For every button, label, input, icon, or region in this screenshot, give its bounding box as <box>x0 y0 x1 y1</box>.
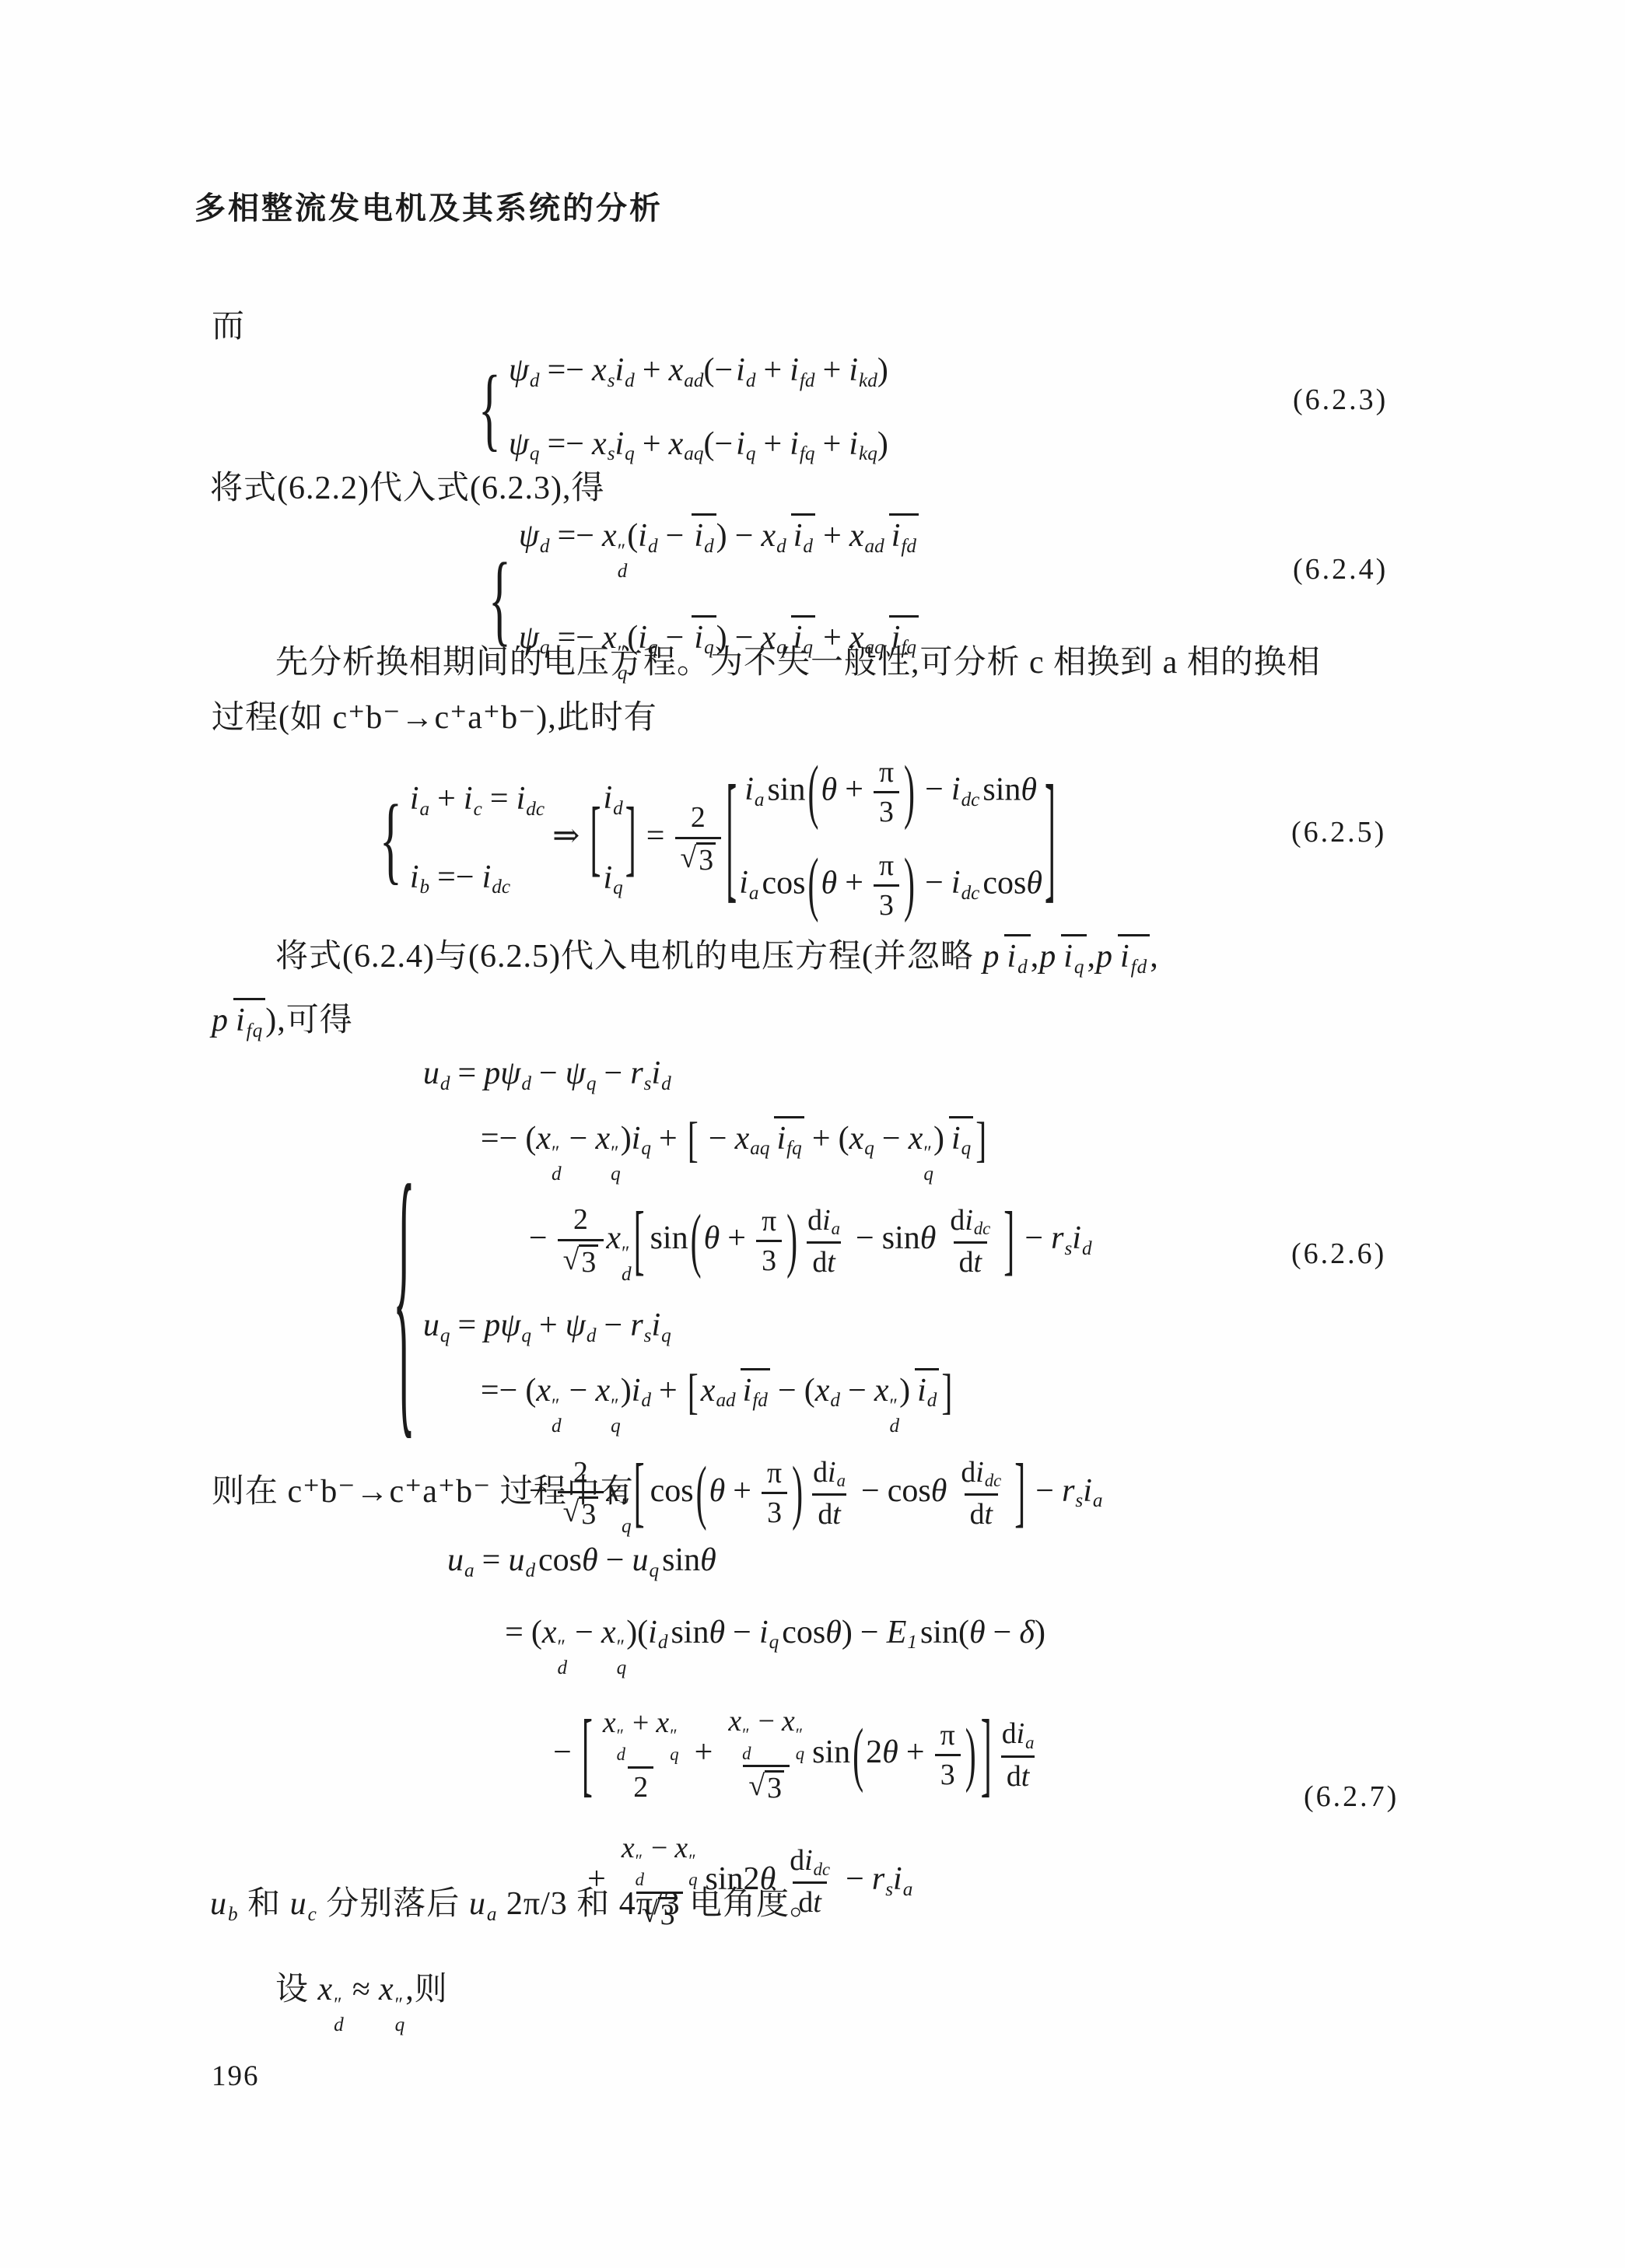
paragraph-analyze-line2: 过程(如 c⁺b⁻→c⁺a⁺b⁻),此时有 <box>212 695 657 742</box>
equation-6-2-6: {ud=pψd−ψq−rsid=−(x″d−x″q)iq+[−xaqifq+(x… <box>393 1052 1103 1537</box>
equation-6-2-3: {ψd=−xsid+xad(−id+ifd+ikd)ψq=−xsiq+xaq(−… <box>478 348 888 467</box>
paragraph-analyze-line1: 先分析换相期间的电压方程。为不失一般性,可分析 c 相换到 a 相的换相 <box>275 639 1321 687</box>
equation-label-6-2-4: (6.2.4) <box>1293 552 1388 586</box>
paragraph-process: 则在 c⁺b⁻→c⁺a⁺b⁻ 过程中有 <box>212 1468 634 1516</box>
paragraph-er: 而 <box>212 303 245 351</box>
equation-6-2-5: {ia+ic=idcib=−idc⇒[idiq]=2√3[iasin(θ+π3)… <box>380 756 1058 922</box>
equation-label-6-2-7: (6.2.7) <box>1304 1780 1399 1814</box>
running-header: 多相整流发电机及其系统的分析 <box>194 184 663 228</box>
paragraph-lag: ub 和 uc 分别落后 ua 2π/3 和 4π/3 电角度。 <box>210 1881 823 1929</box>
equation-label-6-2-6: (6.2.6) <box>1291 1237 1386 1271</box>
paragraph-substitute-622: 将式(6.2.2)代入式(6.2.3),得 <box>210 465 604 513</box>
page-number: 196 <box>212 2060 260 2093</box>
equation-label-6-2-5: (6.2.5) <box>1291 815 1386 849</box>
equation-label-6-2-3: (6.2.3) <box>1293 383 1388 417</box>
paragraph-substitute-45-line1: 将式(6.2.4)与(6.2.5)代入电机的电压方程(并忽略 pid,piq,p… <box>275 933 1159 981</box>
book-page: 多相整流发电机及其系统的分析 而 {ψd=−xsid+xad(−id+ifd+i… <box>0 0 1625 2268</box>
paragraph-substitute-45-line2: pifq),可得 <box>212 997 353 1045</box>
equation-6-2-7: ua=udcosθ−uqsinθ=(x″d−x″q)(idsinθ−iqcosθ… <box>447 1538 1045 1932</box>
paragraph-assume: 设 x″d≈x″q,则 <box>275 1966 448 2036</box>
